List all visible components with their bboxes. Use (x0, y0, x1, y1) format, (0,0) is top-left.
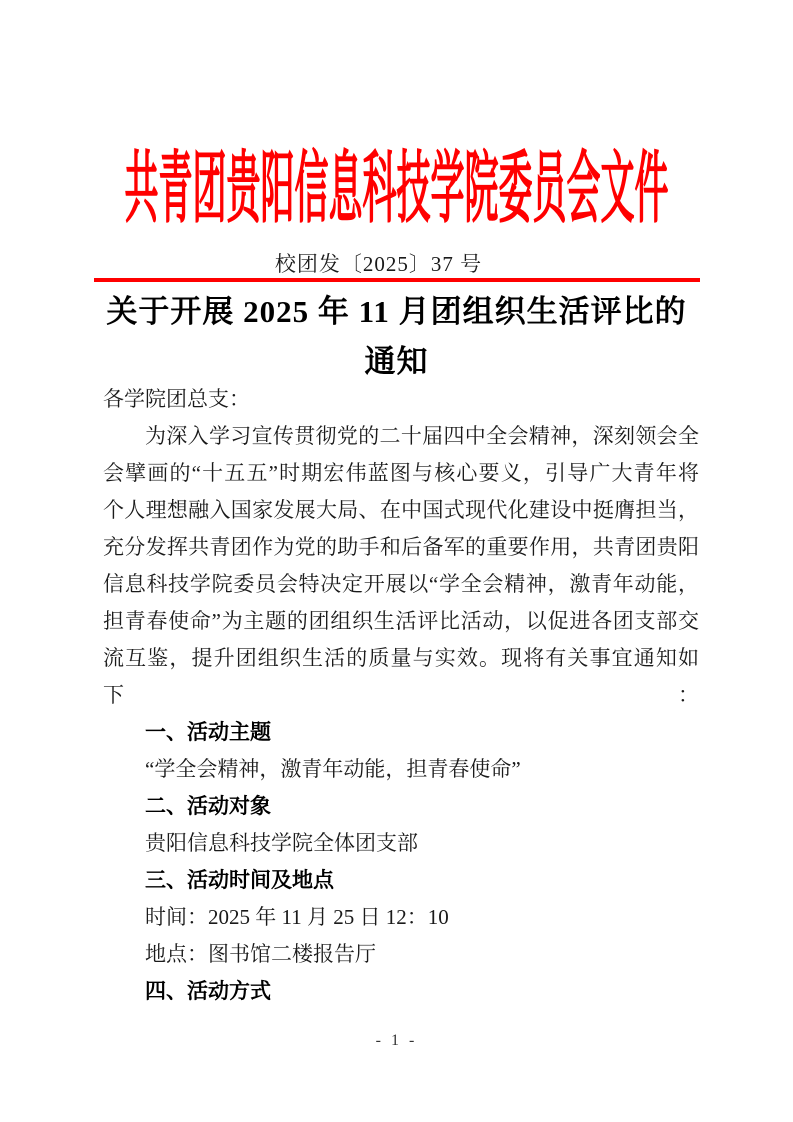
org-banner: 共青团贵阳信息科技学院委员会文件 (0, 150, 793, 234)
section-3-place-line: 地点：图书馆二楼报告厅 (103, 936, 699, 973)
salutation: 各学院团总支： (103, 381, 699, 418)
page-number: - 1 - (0, 1032, 793, 1050)
section-2-audience-line: 贵阳信息科技学院全体团支部 (103, 825, 699, 862)
intro-line-4: 充分发挥共青团作为党的助手和后备军的重要作用，共青团贵阳 (103, 529, 699, 566)
intro-line-2: 会擘画的“十五五”时期宏伟蓝图与核心要义，引导广大青年将 (103, 455, 699, 492)
section-3-heading: 三、活动时间及地点 (103, 862, 699, 899)
org-banner-text: 共青团贵阳信息科技学院委员会文件 (125, 153, 669, 231)
intro-line-7: 流互鉴，提升团组织生活的质量与实效。现将有关事宜通知如下： (103, 640, 699, 714)
intro-line-6: 担青春使命”为主题的团组织生活评比活动，以促进各团支部交 (103, 603, 699, 640)
section-1-heading: 一、活动主题 (103, 714, 699, 751)
section-4-heading: 四、活动方式 (103, 973, 699, 1010)
intro-line-1: 为深入学习宣传贯彻党的二十届四中全会精神，深刻领会全 (103, 418, 699, 455)
doc-title: 关于开展 2025 年 11 月团组织生活评比的 通知 (0, 287, 793, 387)
doc-title-line2: 通知 (0, 337, 793, 387)
doc-number: 校团发〔2025〕37 号 (0, 248, 793, 278)
section-2-heading: 二、活动对象 (103, 788, 699, 825)
doc-body: 各学院团总支： 为深入学习宣传贯彻党的二十届四中全会精神，深刻领会全 会擘画的“… (103, 381, 699, 1010)
intro-line-3: 个人理想融入国家发展大局、在中国式现代化建设中挺膺担当， (103, 492, 699, 529)
red-separator-line (94, 278, 700, 282)
section-3-time-line: 时间：2025 年 11 月 25 日 12：10 (103, 899, 699, 936)
doc-title-line1: 关于开展 2025 年 11 月团组织生活评比的 (0, 287, 793, 337)
section-1-theme-line: “学全会精神，激青年动能，担青春使命” (103, 751, 699, 788)
intro-line-5: 信息科技学院委员会特决定开展以“学全会精神，激青年动能， (103, 566, 699, 603)
document-page: 共青团贵阳信息科技学院委员会文件 校团发〔2025〕37 号 关于开展 2025… (0, 0, 793, 1122)
